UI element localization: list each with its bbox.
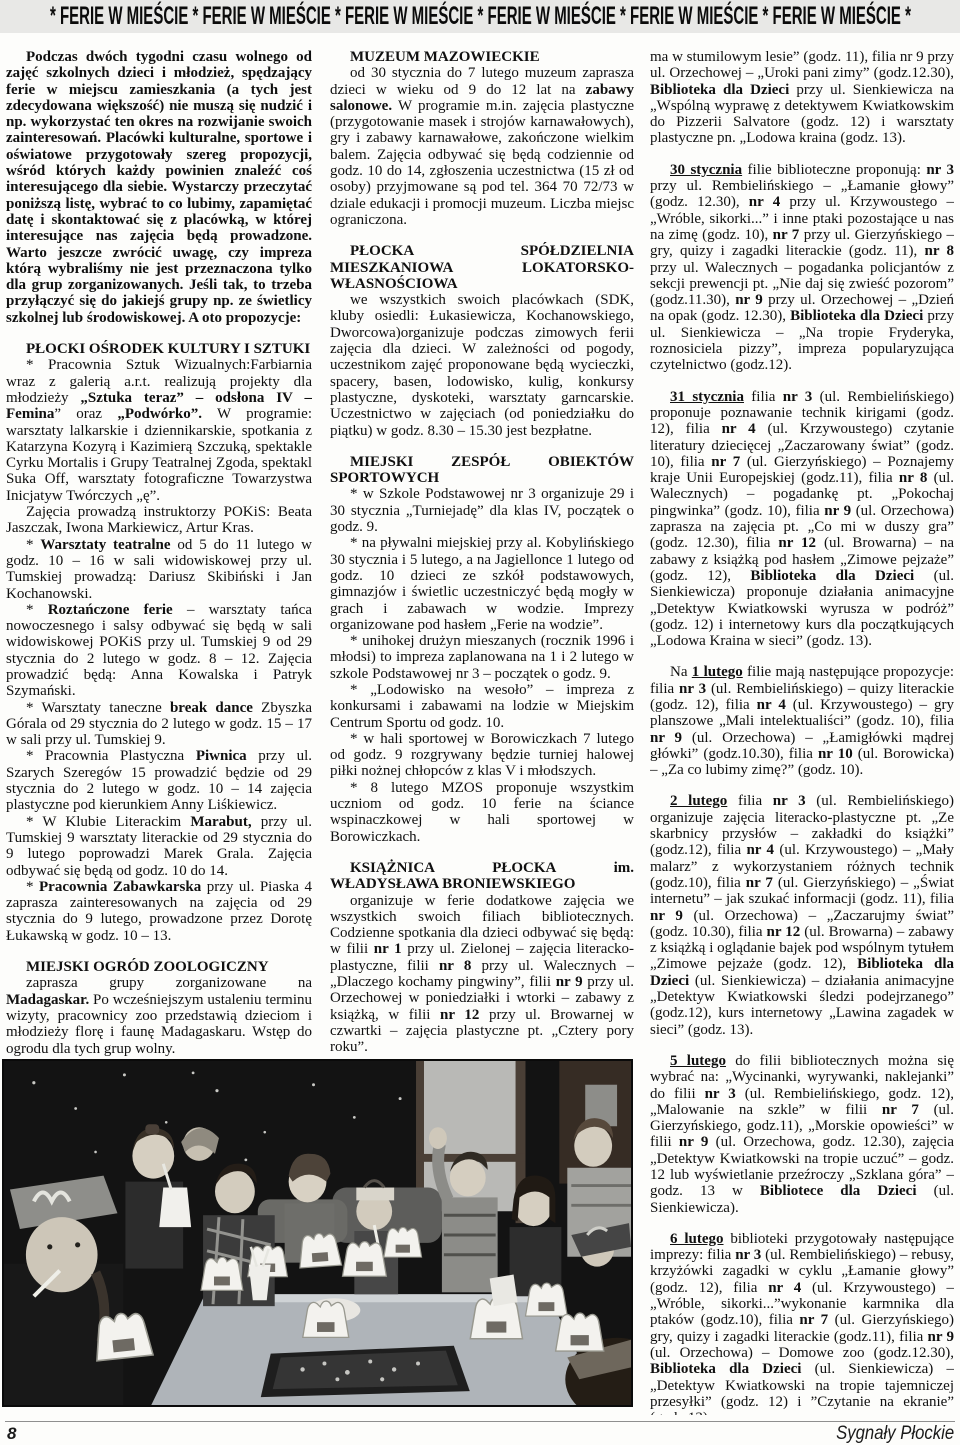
body-paragraph: 31 stycznia filia nr 3 (ul. Rembieliński… [650, 389, 954, 650]
body-paragraph: * Warsztaty taneczne break dance Zbyszka… [6, 700, 312, 749]
body-paragraph: * Warsztaty teatralne od 5 do 11 lutego … [6, 537, 312, 602]
body-paragraph: we wszystkich swoich placówkach (SDK, kl… [330, 292, 634, 439]
body-paragraph: * „Lodowisko na wesoło” – impreza z konk… [330, 682, 634, 731]
column-middle: MUZEUM MAZOWIECKIEod 30 stycznia do 7 lu… [330, 49, 634, 1057]
section-heading: MIEJSKI ZESPÓŁ OBIEKTÓW SPORTOWYCH [330, 454, 634, 487]
body-paragraph: * Roztańczone ferie – warsztaty tańca no… [6, 602, 312, 700]
page-number: 8 [7, 1424, 16, 1444]
body-paragraph: Podczas dwóch tygodni czasu wolnego od z… [6, 49, 312, 326]
body-paragraph: Zajęcia prowadzą instruktorzy POKiS: Bea… [6, 504, 312, 537]
body-paragraph: * Pracownia Zabawkarska przy ul. Piaska … [6, 879, 312, 944]
section-heading: KSIĄŻNICA PŁOCKA im. WŁADYSŁAWA BRONIEWS… [330, 860, 634, 893]
photo-frame [2, 1059, 633, 1407]
banner-text: * FERIE W MIEŚCIE * FERIE W MIEŚCIE * FE… [50, 2, 911, 31]
section-heading: MIEJSKI OGRÓD ZOOLOGICZNY [6, 959, 312, 975]
column-left: Podczas dwóch tygodni czasu wolnego od z… [6, 49, 312, 1057]
body-paragraph: zaprasza grupy zorganizowane na Madagask… [6, 975, 312, 1056]
publication-name: Sygnały Płockie [836, 1423, 954, 1445]
footer-rule [5, 1421, 955, 1422]
section-heading: MUZEUM MAZOWIECKIE [330, 49, 634, 65]
body-paragraph: * w hali sportowej w Borowiczkach 7 lute… [330, 731, 634, 780]
newspaper-page: * FERIE W MIEŚCIE * FERIE W MIEŚCIE * FE… [0, 0, 960, 1445]
section-heading: PŁOCKI OŚRODEK KULTURY I SZTUKI [6, 341, 312, 357]
body-paragraph: Na 1 lutego filie mają następujące propo… [650, 664, 954, 778]
body-paragraph: ma w stumilowym lesie” (godz. 11), filia… [650, 49, 954, 147]
body-paragraph: * W Klubie Literackim Marabut, przy ul. … [6, 814, 312, 879]
body-paragraph: * Pracownia Plastyczna Piwnica przy ul. … [6, 748, 312, 813]
body-paragraph: * Pracownia Sztuk Wizualnych:Farbiarnia … [6, 357, 312, 504]
section-heading: PŁOCKA SPÓŁDZIELNIA MIESZKANIOWA LOKATOR… [330, 243, 634, 292]
body-paragraph: * na pływalni miejskiej przy al. Kobyliń… [330, 535, 634, 633]
body-paragraph: organizuje w ferie dodatkowe zajęcia we … [330, 893, 634, 1056]
page-banner: * FERIE W MIEŚCIE * FERIE W MIEŚCIE * FE… [0, 0, 960, 33]
body-paragraph: Ponadto 29 stycznia filia nr 3 przy ul. … [330, 1056, 634, 1057]
photo-children-mcdonalds-party [4, 1061, 631, 1405]
body-paragraph: 6 lutego biblioteki przygotowały następu… [650, 1231, 954, 1415]
body-paragraph: * unihokej drużyn mieszanych (rocznik 19… [330, 633, 634, 682]
body-paragraph: * 8 lutego MZOS proponuje wszystkim uczn… [330, 780, 634, 845]
body-paragraph: 2 lutego filia nr 3 (ul. Rembielińskiego… [650, 793, 954, 1037]
body-paragraph: 30 stycznia filie biblioteczne proponują… [650, 162, 954, 374]
column-right: ma w stumilowym lesie” (godz. 11), filia… [650, 49, 954, 1415]
body-paragraph: od 30 stycznia do 7 lutego muzeum zapras… [330, 65, 634, 228]
body-paragraph: * w Szkole Podstawowej nr 3 organizuje 2… [330, 486, 634, 535]
body-paragraph: 5 lutego do filii bibliotecznych można s… [650, 1053, 954, 1216]
